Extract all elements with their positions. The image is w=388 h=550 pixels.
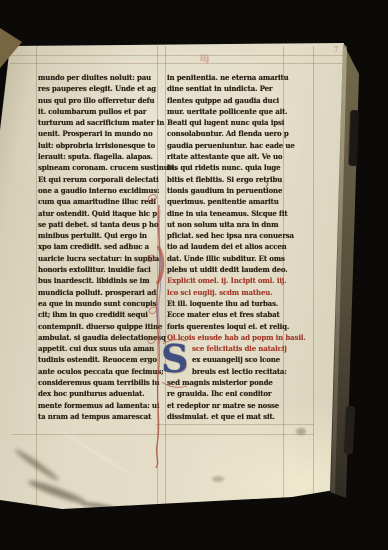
manuscript-photo: iij 7 mundo per diuites noluit: paures p… xyxy=(0,0,388,550)
penwork-flourish xyxy=(0,0,388,550)
